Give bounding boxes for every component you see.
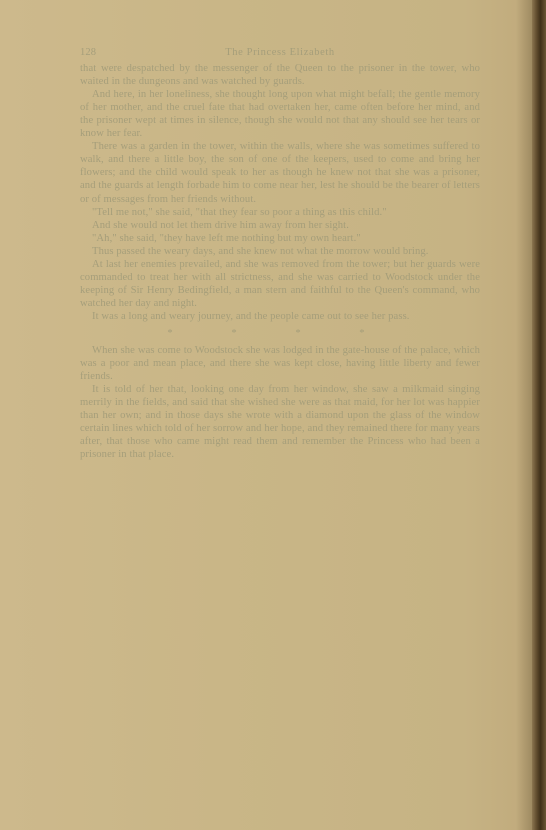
page-footer-space — [0, 800, 546, 820]
paragraphs-after-break: When she was come to Woodstock she was l… — [80, 344, 480, 461]
book-page: 128 The Princess Elizabeth that were des… — [0, 0, 546, 830]
running-head-title: The Princess Elizabeth — [120, 46, 440, 59]
paragraph: It is told of her that, looking one day … — [80, 383, 480, 461]
section-break: * * * * — [80, 327, 480, 340]
paragraph: And she would not let them drive him awa… — [80, 219, 480, 232]
paragraphs-before-break: that were despatched by the messenger of… — [80, 62, 480, 323]
paragraph: There was a garden in the tower, within … — [80, 140, 480, 205]
paragraph: When she was come to Woodstock she was l… — [80, 344, 480, 383]
paragraph: At last her enemies prevailed, and she w… — [80, 258, 480, 310]
paragraph: And here, in her loneliness, she thought… — [80, 88, 480, 140]
paragraph: "Tell me not," she said, "that they fear… — [80, 206, 480, 219]
page-text-block: 128 The Princess Elizabeth that were des… — [80, 46, 480, 461]
paragraph: It was a long and weary journey, and the… — [80, 310, 480, 323]
running-header: 128 The Princess Elizabeth — [80, 46, 480, 59]
binding-shadow — [516, 0, 532, 830]
paragraph: Thus passed the weary days, and she knew… — [80, 245, 480, 258]
paragraph: "Ah," she said, "they have left me nothi… — [80, 232, 480, 245]
page-number: 128 — [80, 46, 120, 59]
paragraph: that were despatched by the messenger of… — [80, 62, 480, 88]
book-binding-edge — [532, 0, 546, 830]
